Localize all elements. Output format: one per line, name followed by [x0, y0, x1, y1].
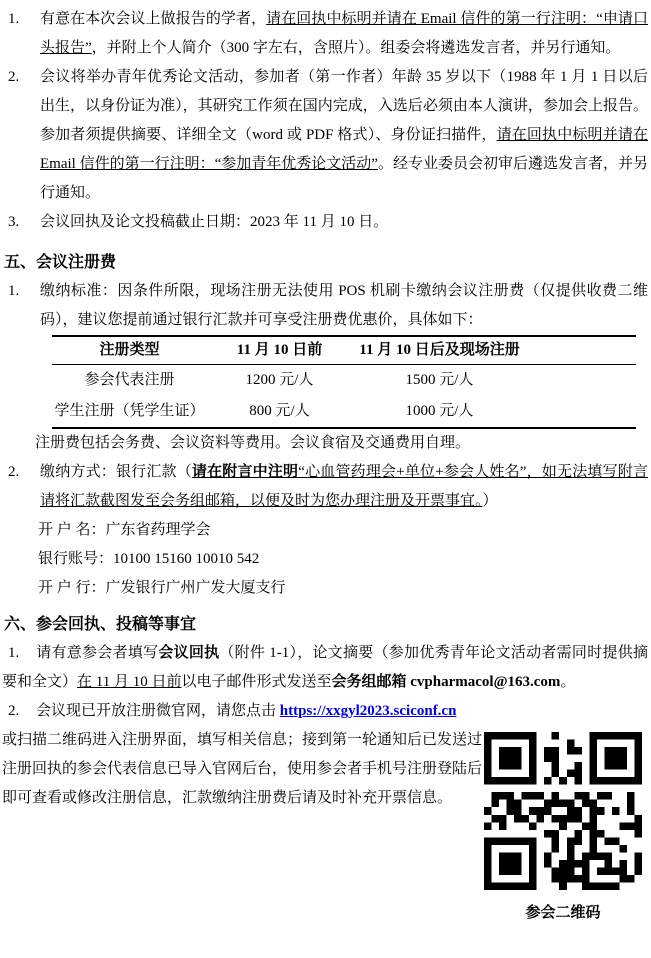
- text-run: 有意在本次会议上做报告的学者，: [40, 11, 266, 27]
- email-address: cvpharmacol@163.com: [410, 674, 560, 690]
- fee-table-note: 注册费包括会务费、会议资料等费用。会议食宿及交通费用自理。: [35, 429, 651, 458]
- section-5-heading: 五、会议注册费: [4, 248, 651, 277]
- fee-table-header-cell: 11 月 10 日前: [207, 337, 352, 364]
- fee-table-header-cell: 注册类型: [52, 337, 207, 364]
- registration-link[interactable]: https://xxgyl2023.sciconf.cn: [280, 703, 457, 719]
- fee-table-row: 参会代表注册 1200 元/人 1500 元/人: [52, 365, 636, 396]
- list-number: 1.: [2, 639, 36, 668]
- text-run: 会议回执: [158, 645, 219, 661]
- list-number: 2.: [2, 697, 36, 726]
- text-run: 会议回执及论文投稿截止日期：2023 年 11 月 10 日。: [40, 214, 388, 230]
- fee-table-cell: 1200 元/人: [207, 365, 352, 396]
- list-number: 1.: [8, 277, 19, 306]
- qr-caption: 参会二维码: [482, 903, 644, 923]
- fee-table: 注册类型 11 月 10 日前 11 月 10 日后及现场注册 参会代表注册 1…: [52, 335, 636, 429]
- text-run: 在 11 月 10 日前: [77, 674, 181, 690]
- text-run: 缴纳方式：银行汇款（: [40, 464, 192, 480]
- text-run: ）: [483, 493, 498, 509]
- fee-table-cell: 1000 元/人: [352, 396, 527, 427]
- list-item-registration-site: 2.会议现已开放注册微官网，请您点击 https://xxgyl2023.sci…: [0, 697, 651, 726]
- text-run: 缴纳标准：因条件所限，现场注册无法使用 POS 机刷卡缴纳会议注册费（仅提供收费…: [40, 283, 648, 328]
- bank-branch: 开 户 行：广发银行广州广发大厦支行: [38, 574, 651, 603]
- text-run: 会务组邮箱: [331, 674, 410, 690]
- bank-field-value: 10100 15160 10010 542: [113, 551, 259, 567]
- list-item-payment-standard: 1. 缴纳标准：因条件所限，现场注册无法使用 POS 机刷卡缴纳会议注册费（仅提…: [0, 277, 651, 335]
- fee-table-cell: 学生注册（凭学生证）: [52, 396, 207, 427]
- list-number: 2.: [8, 63, 19, 92]
- list-item-text: 缴纳标准：因条件所限，现场注册无法使用 POS 机刷卡缴纳会议注册费（仅提供收费…: [40, 283, 648, 328]
- list-item-deadline: 3. 会议回执及论文投稿截止日期：2023 年 11 月 10 日。: [0, 208, 651, 237]
- text-run: ，并附上个人简介（300 字左右，含照片）。组委会将遴选发言者，并另行通知。: [92, 40, 621, 56]
- bank-field-label: 开 户 行：: [38, 580, 106, 596]
- list-number: 3.: [8, 208, 19, 237]
- list-item-text: 有意在本次会议上做报告的学者，请在回执中标明并请在 Email 信件的第一行注明…: [40, 11, 648, 56]
- list-item-young-paper: 2. 会议将举办青年优秀论文活动，参加者（第一作者）年龄 35 岁以下（1988…: [0, 63, 651, 208]
- list-item-text: 会议回执及论文投稿截止日期：2023 年 11 月 10 日。: [40, 214, 388, 230]
- bank-field-value: 广东省药理学会: [106, 522, 211, 538]
- document-page: 1. 有意在本次会议上做报告的学者，请在回执中标明并请在 Email 信件的第一…: [0, 0, 651, 958]
- bank-field-label: 银行账号：: [38, 551, 113, 567]
- qr-block: 参会二维码: [482, 732, 644, 923]
- text-run: 。: [560, 674, 575, 690]
- list-item-oral-report: 1. 有意在本次会议上做报告的学者，请在回执中标明并请在 Email 信件的第一…: [0, 5, 651, 63]
- fee-table-cell: 参会代表注册: [52, 365, 207, 396]
- text-run: 以电子邮件形式发送至: [181, 674, 331, 690]
- fee-table-cell: 800 元/人: [207, 396, 352, 427]
- fee-table-header-cell: 11 月 10 日后及现场注册: [352, 337, 527, 364]
- list-number: 1.: [8, 5, 19, 34]
- list-item-text: 请有意参会者填写会议回执（附件 1-1），论文摘要（参加优秀青年论文活动者需同时…: [2, 645, 648, 690]
- qr-code: [484, 732, 642, 890]
- paragraph-text: 或扫描二维码进入注册界面，填写相关信息；接到第一轮通知后已发送过注册回执的参会代…: [2, 732, 482, 806]
- list-item-text: 会议将举办青年优秀论文活动，参加者（第一作者）年龄 35 岁以下（1988 年 …: [40, 69, 648, 201]
- bank-field-value: 广发银行广州广发大厦支行: [106, 580, 286, 596]
- fee-table-row: 学生注册（凭学生证） 800 元/人 1000 元/人: [52, 396, 636, 427]
- list-item-reply-form: 1.请有意参会者填写会议回执（附件 1-1），论文摘要（参加优秀青年论文活动者需…: [0, 639, 651, 697]
- list-item-text: 缴纳方式：银行汇款（请在附言中注明“心血管药理会+单位+参会人姓名”，如无法填写…: [40, 464, 648, 509]
- text-run: 请在附言中注明: [192, 464, 298, 480]
- list-item-payment-method: 2. 缴纳方式：银行汇款（请在附言中注明“心血管药理会+单位+参会人姓名”，如无…: [0, 458, 651, 516]
- text-run: 或扫描二维码进入注册界面，填写相关信息；接到第一轮通知后已发送过注册回执的参会代…: [2, 732, 482, 806]
- fee-table-cell: 1500 元/人: [352, 365, 527, 396]
- list-number: 2.: [8, 458, 19, 487]
- fee-table-header-row: 注册类型 11 月 10 日前 11 月 10 日后及现场注册: [52, 337, 636, 365]
- bank-account-name: 开 户 名：广东省药理学会: [38, 516, 651, 545]
- text-run: 请有意参会者填写: [36, 645, 158, 661]
- registration-paragraph-continuation: 参会二维码 或扫描二维码进入注册界面，填写相关信息；接到第一轮通知后已发送过注册…: [0, 726, 651, 923]
- section-6-heading: 六、参会回执、投稿等事宜: [4, 610, 651, 639]
- text-run: 会议现已开放注册微官网，请您点击: [36, 703, 280, 719]
- list-item-text: 会议现已开放注册微官网，请您点击 https://xxgyl2023.scico…: [36, 703, 456, 719]
- bank-account-number: 银行账号：10100 15160 10010 542: [38, 545, 651, 574]
- bank-field-label: 开 户 名：: [38, 522, 106, 538]
